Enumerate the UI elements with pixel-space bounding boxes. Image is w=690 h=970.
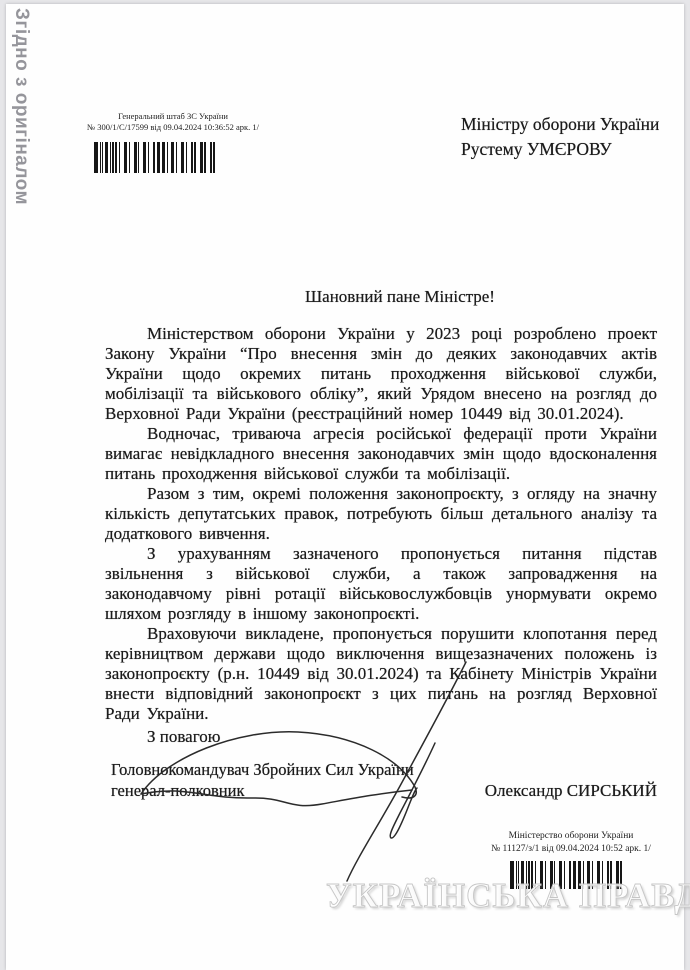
signer-name: Олександр СИРСЬКИЙ: [485, 781, 657, 801]
mod-stamp-number: № 11127/з/1 від 09.04.2024 10:52 арк. 1/: [478, 843, 664, 856]
paragraph-4: З урахуванням зазначеного пропонується п…: [105, 544, 657, 624]
signer-position-line2: генерал-полковник: [111, 780, 414, 801]
letter-body: Шановний пане Міністре! Міністерством об…: [105, 286, 657, 747]
closing-phrase: З повагою: [105, 727, 657, 747]
mod-stamp-org: Міністерство оборони України: [478, 830, 664, 843]
salutation: Шановний пане Міністре!: [105, 286, 657, 308]
addressee-name: Рустему УМЄРОВУ: [461, 137, 659, 162]
paragraph-2: Водночас, триваюча агресія російської фе…: [105, 424, 657, 484]
addressee-title: Міністру оборони України: [461, 112, 659, 137]
genstaff-stamp-number: № 300/1/С/17599 від 09.04.2024 10:36:52 …: [77, 122, 269, 133]
genstaff-barcode: [94, 142, 215, 173]
signer-position: Головнокомандувач Збройних Сил України г…: [105, 759, 414, 801]
signer-position-line1: Головнокомандувач Збройних Сил України: [111, 759, 414, 780]
watermark: УКРАЇНСЬКА ПРАВДА: [326, 876, 690, 916]
genstaff-registration-stamp: Генеральний штаб ЗС України № 300/1/С/17…: [77, 111, 269, 133]
paragraph-3: Разом з тим, окремі положення законопроє…: [105, 484, 657, 544]
certification-side-label: Згідно з оригіналом: [10, 8, 32, 205]
scanned-letter-screenshot: { "side_label": "Згідно з оригіналом", "…: [0, 0, 690, 970]
paragraph-5: Враховуючи викладене, пропонується поруш…: [105, 624, 657, 724]
genstaff-stamp-org: Генеральний штаб ЗС України: [77, 111, 269, 122]
paragraph-1: Міністерством оборони України у 2023 роц…: [105, 324, 657, 424]
addressee-block: Міністру оборони України Рустему УМЄРОВУ: [461, 112, 659, 161]
signature-block: Головнокомандувач Збройних Сил України г…: [105, 759, 657, 801]
mod-registration-stamp: Міністерство оборони України № 11127/з/1…: [478, 830, 664, 856]
